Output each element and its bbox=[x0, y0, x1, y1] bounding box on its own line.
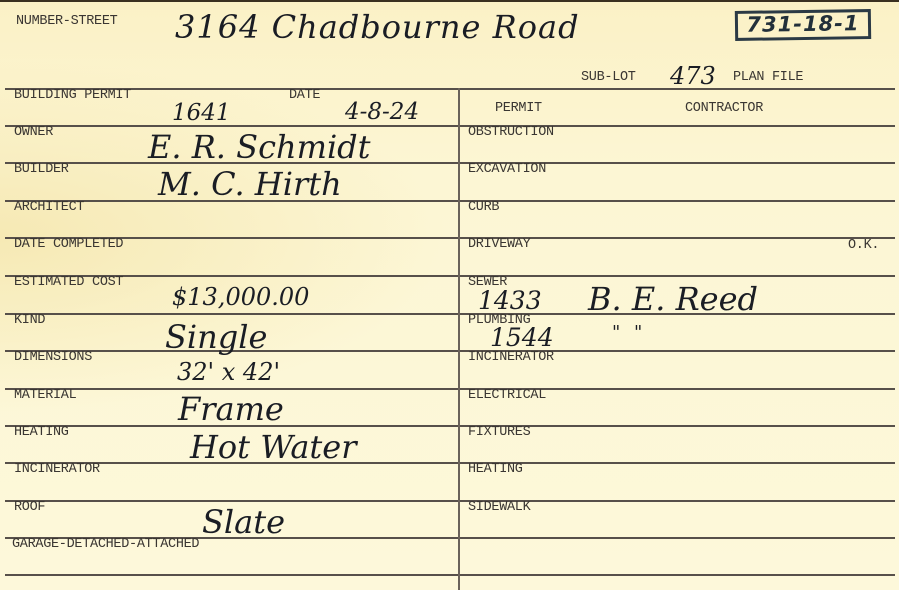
fixtures-label: FIXTURES bbox=[468, 425, 530, 441]
plumbing-permit-value: 1544 bbox=[490, 323, 554, 352]
heating-label: HEATING bbox=[14, 425, 69, 441]
electrical-label: ELECTRICAL bbox=[468, 388, 546, 404]
rule-line bbox=[5, 313, 895, 315]
heating-value: Hot Water bbox=[190, 428, 356, 466]
sidewalk-label: SIDEWALK bbox=[468, 500, 530, 516]
estimated-cost-value: $13,000.00 bbox=[172, 283, 309, 311]
sewer-contractor-value: B. E. Reed bbox=[588, 280, 758, 318]
card-top-edge bbox=[0, 0, 899, 2]
dimensions-value: 32' x 42' bbox=[177, 358, 280, 386]
incinerator-permit-label: INCINERATOR bbox=[468, 350, 554, 366]
owner-value: E. R. Schmidt bbox=[148, 128, 371, 166]
roof-label: ROOF bbox=[14, 500, 45, 516]
permit-column-header: PERMIT bbox=[495, 101, 542, 117]
rule-line bbox=[5, 462, 895, 464]
material-label: MATERIAL bbox=[14, 388, 76, 404]
architect-label: ARCHITECT bbox=[14, 200, 84, 216]
date-completed-label: DATE COMPLETED bbox=[14, 237, 123, 253]
column-divider bbox=[458, 88, 460, 590]
estimated-cost-label: ESTIMATED COST bbox=[14, 275, 123, 291]
garage-label: GARAGE-DETACHED-ATTACHED bbox=[12, 537, 199, 553]
excavation-label: EXCAVATION bbox=[468, 162, 546, 178]
rule-line bbox=[5, 388, 895, 390]
curb-label: CURB bbox=[468, 200, 499, 216]
driveway-status-note: O.K. bbox=[848, 238, 879, 254]
record-number-stamp: 731-18-1 bbox=[735, 9, 871, 41]
sub-lot-value: 473 bbox=[670, 62, 716, 90]
builder-label: BUILDER bbox=[14, 162, 69, 178]
rule-line bbox=[5, 162, 895, 164]
plumbing-contractor-ditto: " " bbox=[612, 322, 646, 343]
sub-lot-label: SUB-LOT bbox=[581, 70, 636, 86]
rule-line bbox=[5, 275, 895, 277]
driveway-label: DRIVEWAY bbox=[468, 237, 530, 253]
date-label: DATE bbox=[289, 88, 320, 104]
obstruction-label: OBSTRUCTION bbox=[468, 125, 554, 141]
building-permit-value: 1641 bbox=[172, 100, 231, 126]
rule-line bbox=[5, 500, 895, 502]
roof-value: Slate bbox=[202, 503, 285, 541]
address-value: 3164 Chadbourne Road bbox=[175, 8, 580, 46]
building-permit-label: BUILDING PERMIT bbox=[14, 88, 131, 104]
permit-card: NUMBER-STREET 3164 Chadbourne Road 731-1… bbox=[0, 0, 899, 590]
incinerator-label: INCINERATOR bbox=[14, 462, 100, 478]
sewer-permit-value: 1433 bbox=[478, 286, 542, 315]
rule-line bbox=[5, 125, 895, 127]
rule-line bbox=[5, 425, 895, 427]
permit-date-value: 4-8-24 bbox=[345, 99, 419, 125]
plan-file-label: PLAN FILE bbox=[733, 70, 803, 86]
rule-line bbox=[5, 200, 895, 202]
owner-label: OWNER bbox=[14, 125, 53, 141]
dimensions-label: DIMENSIONS bbox=[14, 350, 92, 366]
rule-line bbox=[5, 574, 895, 576]
kind-value: Single bbox=[165, 318, 267, 356]
kind-label: KIND bbox=[14, 313, 45, 329]
material-value: Frame bbox=[178, 390, 284, 428]
heating-permit-label: HEATING bbox=[468, 462, 523, 478]
number-street-label: NUMBER-STREET bbox=[16, 14, 117, 30]
builder-value: M. C. Hirth bbox=[158, 165, 342, 203]
rule-line bbox=[5, 237, 895, 239]
rule-line bbox=[5, 350, 895, 352]
contractor-column-header: CONTRACTOR bbox=[685, 101, 763, 117]
rule-line bbox=[5, 88, 895, 90]
